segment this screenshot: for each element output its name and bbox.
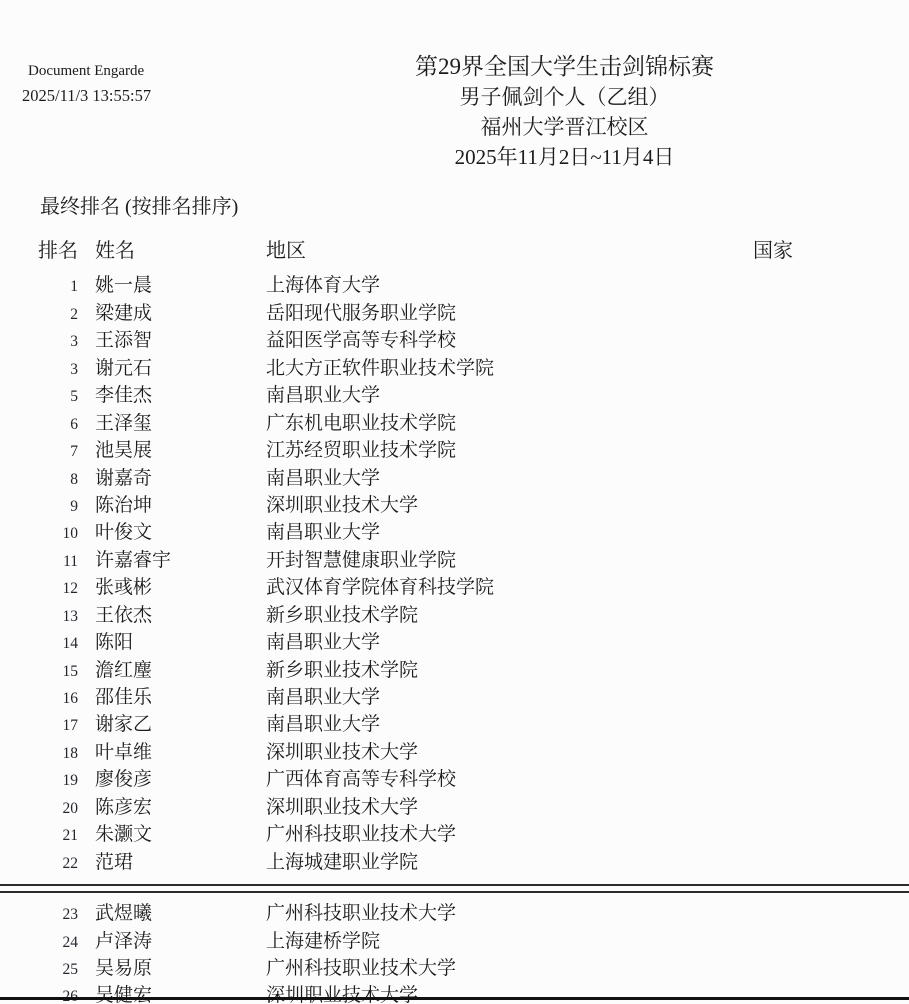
table-row: 11许嘉睿宇开封智慧健康职业学院 xyxy=(0,547,909,574)
name-cell: 王泽玺 xyxy=(95,410,266,437)
name-cell: 陈彦宏 xyxy=(95,794,266,821)
title-dates: 2025年11月2日~11月4日 xyxy=(260,142,869,172)
name-cell: 范珺 xyxy=(95,849,266,876)
table-header-name: 姓名 xyxy=(95,238,266,265)
name-cell: 张彧彬 xyxy=(95,574,266,601)
rank-cell: 13 xyxy=(0,603,78,630)
name-cell: 叶俊文 xyxy=(95,519,266,546)
region-cell: 深圳职业技术大学 xyxy=(266,794,753,821)
name-cell: 朱灏文 xyxy=(95,821,266,848)
document-title-block: 第29界全国大学生击剑锦标赛 男子佩剑个人（乙组） 福州大学晋江校区 2025年… xyxy=(260,52,869,172)
rank-cell: 3 xyxy=(0,328,78,355)
rank-cell: 1 xyxy=(0,273,78,300)
region-cell: 南昌职业大学 xyxy=(266,519,753,546)
rank-cell: 18 xyxy=(0,740,78,767)
region-cell: 广州科技职业技术大学 xyxy=(266,821,753,848)
name-cell: 陈治坤 xyxy=(95,492,266,519)
table-row: 9陈治坤深圳职业技术大学 xyxy=(0,492,909,519)
section-title: 最终排名 (按排名排序) xyxy=(40,190,238,219)
region-cell: 南昌职业大学 xyxy=(266,465,753,492)
region-cell: 上海体育大学 xyxy=(266,272,753,299)
table-row: 20陈彦宏深圳职业技术大学 xyxy=(0,794,909,821)
rank-cell: 17 xyxy=(0,712,78,739)
table-row: 19廖俊彦广西体育高等专科学校 xyxy=(0,766,909,793)
table-row: 15澹红麈新乡职业技术学院 xyxy=(0,657,909,684)
name-cell: 廖俊彦 xyxy=(95,766,266,793)
rank-cell: 12 xyxy=(0,575,78,602)
name-cell: 陈阳 xyxy=(95,629,266,656)
title-event: 男子佩剑个人（乙组） xyxy=(260,82,869,112)
table-header-row: 排名 姓名 地区 国家 xyxy=(0,238,909,265)
name-cell: 武煜曦 xyxy=(95,900,266,927)
table-row: 18叶卓维深圳职业技术大学 xyxy=(0,739,909,766)
name-cell: 谢嘉奇 xyxy=(95,465,266,492)
rank-cell: 21 xyxy=(0,822,78,849)
table-row: 21朱灏文广州科技职业技术大学 xyxy=(0,821,909,848)
rank-cell: 11 xyxy=(0,548,78,575)
name-cell: 吴健宏 xyxy=(95,982,266,1004)
region-cell: 深圳职业技术大学 xyxy=(266,982,753,1004)
rank-cell: 25 xyxy=(0,956,78,983)
page-break-divider xyxy=(0,884,909,893)
region-cell: 武汉体育学院体育科技学院 xyxy=(266,574,753,601)
rank-cell: 3 xyxy=(0,356,78,383)
table-body: 1姚一晨上海体育大学2梁建成岳阳现代服务职业学院3王添智益阳医学高等专科学校3谢… xyxy=(0,272,909,1004)
table-row: 7池昊展江苏经贸职业技术学院 xyxy=(0,437,909,464)
table-row: 14陈阳南昌职业大学 xyxy=(0,629,909,656)
table-row: 8谢嘉奇南昌职业大学 xyxy=(0,465,909,492)
name-cell: 王依杰 xyxy=(95,602,266,629)
region-cell: 南昌职业大学 xyxy=(266,684,753,711)
rank-cell: 7 xyxy=(0,438,78,465)
rank-cell: 22 xyxy=(0,850,78,877)
region-cell: 广东机电职业技术学院 xyxy=(266,410,753,437)
table-row: 5李佳杰南昌职业大学 xyxy=(0,382,909,409)
table-row: 24卢泽涛上海建桥学院 xyxy=(0,928,909,955)
bottom-rule xyxy=(0,997,909,1000)
rank-cell: 26 xyxy=(0,983,78,1004)
region-cell: 江苏经贸职业技术学院 xyxy=(266,437,753,464)
rank-cell: 2 xyxy=(0,301,78,328)
rank-cell: 15 xyxy=(0,658,78,685)
rank-cell: 5 xyxy=(0,383,78,410)
table-row: 6王泽玺广东机电职业技术学院 xyxy=(0,410,909,437)
region-cell: 上海城建职业学院 xyxy=(266,849,753,876)
table-header-region: 地区 xyxy=(266,238,753,265)
name-cell: 卢泽涛 xyxy=(95,928,266,955)
region-cell: 北大方正软件职业技术学院 xyxy=(266,355,753,382)
generator-info: Document Engarde 2025/11/3 13:55:57 xyxy=(22,60,151,109)
generator-app-name: Document Engarde xyxy=(22,60,151,83)
region-cell: 岳阳现代服务职业学院 xyxy=(266,300,753,327)
region-cell: 南昌职业大学 xyxy=(266,711,753,738)
region-cell: 新乡职业技术学院 xyxy=(266,602,753,629)
name-cell: 谢元石 xyxy=(95,355,266,382)
rank-cell: 6 xyxy=(0,411,78,438)
name-cell: 李佳杰 xyxy=(95,382,266,409)
region-cell: 上海建桥学院 xyxy=(266,928,753,955)
region-cell: 深圳职业技术大学 xyxy=(266,492,753,519)
rank-cell: 20 xyxy=(0,795,78,822)
name-cell: 姚一晨 xyxy=(95,272,266,299)
rank-cell: 8 xyxy=(0,466,78,493)
rank-cell: 19 xyxy=(0,767,78,794)
name-cell: 王添智 xyxy=(95,327,266,354)
table-row: 22范珺上海城建职业学院 xyxy=(0,849,909,876)
table-header-country: 国家 xyxy=(753,238,909,265)
rank-cell: 10 xyxy=(0,520,78,547)
rank-cell: 24 xyxy=(0,929,78,956)
region-cell: 益阳医学高等专科学校 xyxy=(266,327,753,354)
table-row: 3谢元石北大方正软件职业技术学院 xyxy=(0,355,909,382)
document-page: Document Engarde 2025/11/3 13:55:57 第29界… xyxy=(0,0,909,1004)
name-cell: 许嘉睿宇 xyxy=(95,547,266,574)
table-row: 25吴易原广州科技职业技术大学 xyxy=(0,955,909,982)
table-row: 23武煜曦广州科技职业技术大学 xyxy=(0,900,909,927)
region-cell: 深圳职业技术大学 xyxy=(266,739,753,766)
rank-cell: 23 xyxy=(0,901,78,928)
name-cell: 梁建成 xyxy=(95,300,266,327)
name-cell: 吴易原 xyxy=(95,955,266,982)
rank-cell: 16 xyxy=(0,685,78,712)
table-row: 17谢家乙南昌职业大学 xyxy=(0,711,909,738)
title-competition: 第29界全国大学生击剑锦标赛 xyxy=(260,52,869,82)
table-header-rank: 排名 xyxy=(0,238,78,265)
table-row: 3王添智益阳医学高等专科学校 xyxy=(0,327,909,354)
name-cell: 谢家乙 xyxy=(95,711,266,738)
table-row: 16邵佳乐南昌职业大学 xyxy=(0,684,909,711)
rank-cell: 14 xyxy=(0,630,78,657)
region-cell: 新乡职业技术学院 xyxy=(266,657,753,684)
region-cell: 广州科技职业技术大学 xyxy=(266,955,753,982)
region-cell: 广州科技职业技术大学 xyxy=(266,900,753,927)
table-row: 1姚一晨上海体育大学 xyxy=(0,272,909,299)
name-cell: 邵佳乐 xyxy=(95,684,266,711)
region-cell: 南昌职业大学 xyxy=(266,382,753,409)
region-cell: 开封智慧健康职业学院 xyxy=(266,547,753,574)
title-venue: 福州大学晋江校区 xyxy=(260,112,869,142)
ranking-table: 排名 姓名 地区 国家 1姚一晨上海体育大学2梁建成岳阳现代服务职业学院3王添智… xyxy=(0,238,909,1004)
region-cell: 广西体育高等专科学校 xyxy=(266,766,753,793)
name-cell: 澹红麈 xyxy=(95,657,266,684)
table-row: 10叶俊文南昌职业大学 xyxy=(0,519,909,546)
table-row: 26吴健宏深圳职业技术大学 xyxy=(0,982,909,1004)
region-cell: 南昌职业大学 xyxy=(266,629,753,656)
generator-timestamp: 2025/11/3 13:55:57 xyxy=(22,83,151,109)
table-row: 13王依杰新乡职业技术学院 xyxy=(0,602,909,629)
table-row: 12张彧彬武汉体育学院体育科技学院 xyxy=(0,574,909,601)
rank-cell: 9 xyxy=(0,493,78,520)
name-cell: 叶卓维 xyxy=(95,739,266,766)
table-row: 2梁建成岳阳现代服务职业学院 xyxy=(0,300,909,327)
name-cell: 池昊展 xyxy=(95,437,266,464)
